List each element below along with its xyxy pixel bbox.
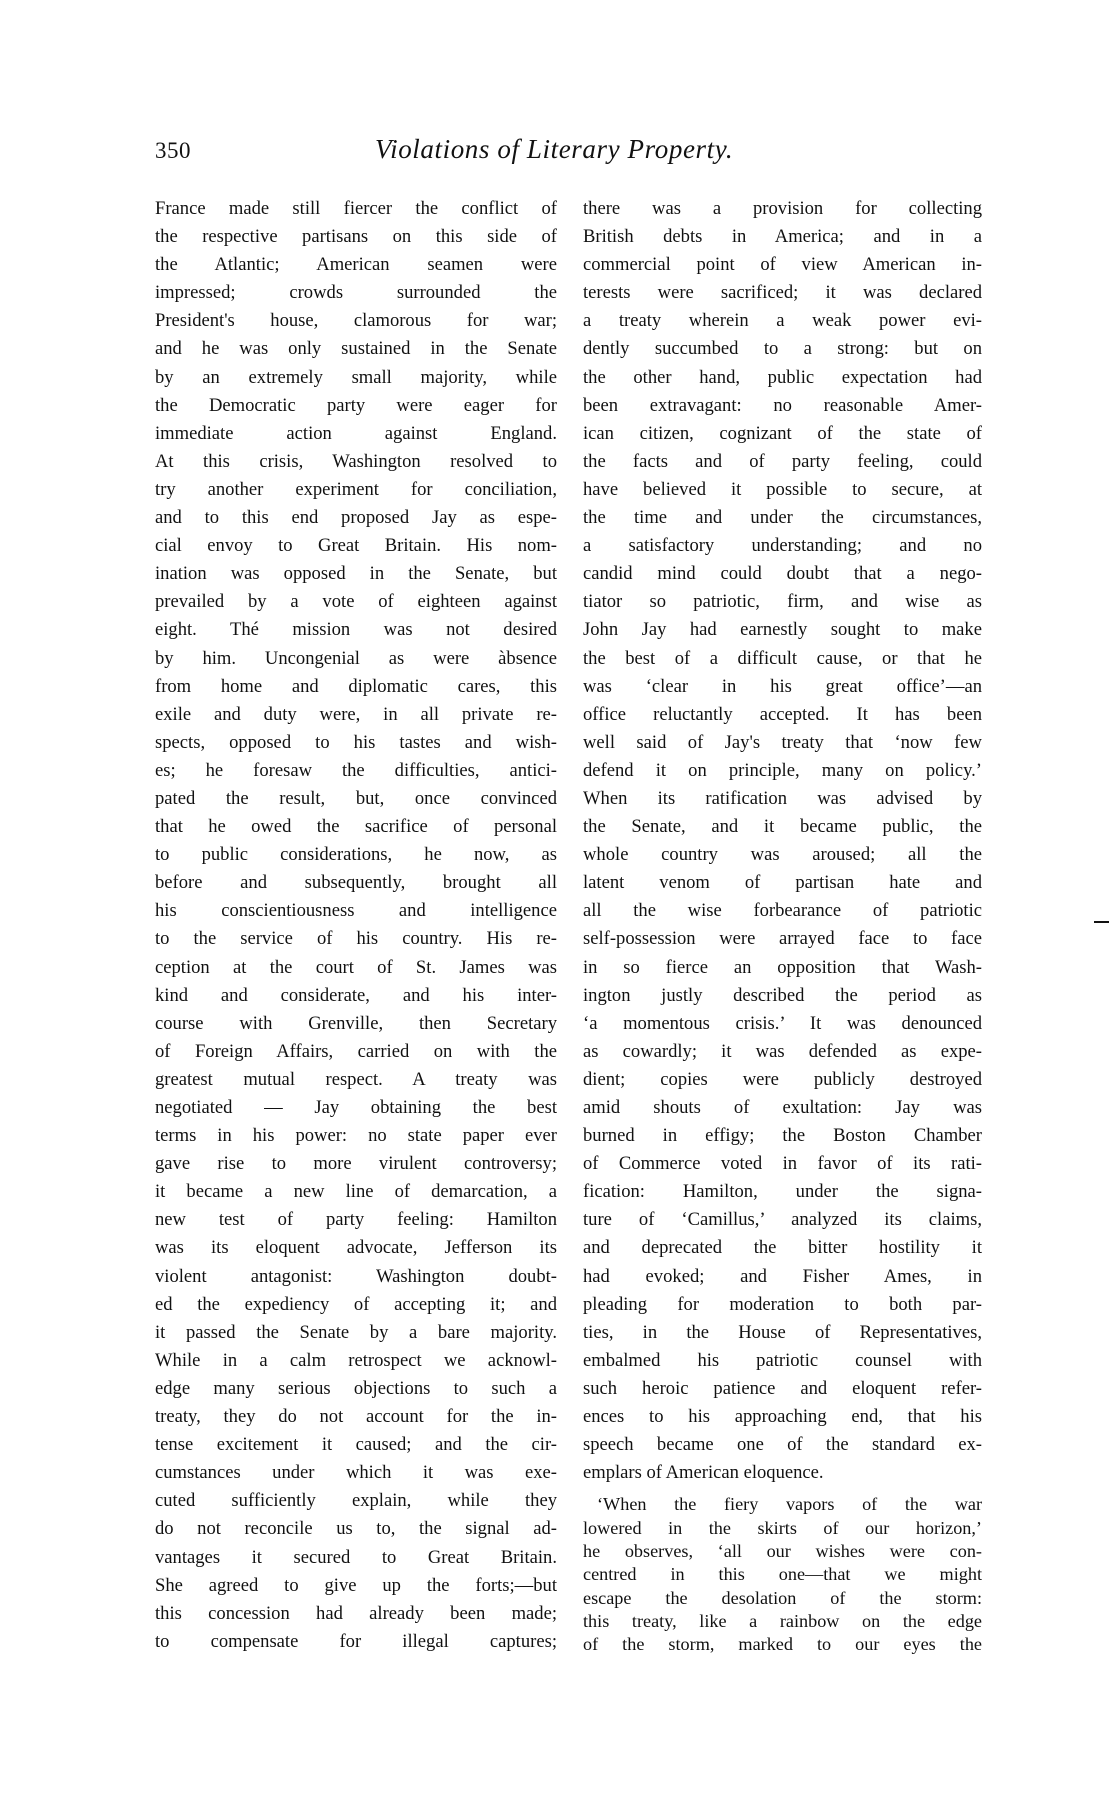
text-line: this treaty, like a rainbow on the edge	[583, 1610, 982, 1633]
text-line: greatest mutual respect. A treaty was	[155, 1066, 557, 1094]
text-line: burned in effigy; the Boston Chamber	[583, 1122, 982, 1150]
text-line: had evoked; and Fisher Ames, in	[583, 1263, 982, 1291]
margin-mark	[1094, 921, 1109, 923]
page-number: 350	[155, 138, 191, 164]
text-line: ican citizen, cognizant of the state of	[583, 420, 982, 448]
text-line: to compensate for illegal captures;	[155, 1628, 557, 1656]
text-line: John Jay had earnestly sought to make	[583, 616, 982, 644]
text-line: was its eloquent advocate, Jefferson its	[155, 1234, 557, 1262]
text-line: he observes, ‘all our wishes were con-	[583, 1540, 982, 1563]
text-line: the other hand, public expectation had	[583, 364, 982, 392]
text-line: ington justly described the period as	[583, 982, 982, 1010]
text-line: terests were sacrificed; it was declared	[583, 279, 982, 307]
text-line: by him. Uncongenial as were àbsence	[155, 645, 557, 673]
text-line: of Foreign Affairs, carried on with the	[155, 1038, 557, 1066]
text-line: kind and considerate, and his inter-	[155, 982, 557, 1010]
text-line: lowered in the skirts of our horizon,’	[583, 1517, 982, 1540]
text-line: negotiated — Jay obtaining the best	[155, 1094, 557, 1122]
text-line: prevailed by a vote of eighteen against	[155, 588, 557, 616]
text-line: pleading for moderation to both par-	[583, 1291, 982, 1319]
text-line: violent antagonist: Washington doubt-	[155, 1263, 557, 1291]
text-line: spects, opposed to his tastes and wish-	[155, 729, 557, 757]
text-line: the facts and of party feeling, could	[583, 448, 982, 476]
text-line: a treaty wherein a weak power evi-	[583, 307, 982, 335]
right-column: there was a provision for collectingBrit…	[583, 195, 982, 1656]
text-line: ‘When the fiery vapors of the war	[583, 1493, 982, 1516]
text-line: At this crisis, Washington resolved to	[155, 448, 557, 476]
text-line: ties, in the House of Representatives,	[583, 1319, 982, 1347]
text-line: gave rise to more virulent controversy;	[155, 1150, 557, 1178]
text-line: candid mind could doubt that a nego-	[583, 560, 982, 588]
text-line: centred in this one—that we might	[583, 1563, 982, 1586]
quote-paragraph: ‘When the fiery vapors of the warlowered…	[583, 1493, 982, 1656]
text-line: dient; copies were publicly destroyed	[583, 1066, 982, 1094]
text-line: from home and diplomatic cares, this	[155, 673, 557, 701]
text-line: and to this end proposed Jay as espe-	[155, 504, 557, 532]
text-line: ‘a momentous crisis.’ It was denounced	[583, 1010, 982, 1038]
text-line: his conscientiousness and intelligence	[155, 897, 557, 925]
text-line: British debts in America; and in a	[583, 223, 982, 251]
text-line: cuted sufficiently explain, while they	[155, 1487, 557, 1515]
text-line: it became a new line of demarcation, a	[155, 1178, 557, 1206]
text-line: course with Grenville, then Secretary	[155, 1010, 557, 1038]
text-line: edge many serious objections to such a	[155, 1375, 557, 1403]
text-line: pated the result, but, once convinced	[155, 785, 557, 813]
text-line: self-possession were arrayed face to fac…	[583, 925, 982, 953]
text-line: ed the expediency of accepting it; and	[155, 1291, 557, 1319]
text-line: President's house, clamorous for war;	[155, 307, 557, 335]
text-line: such heroic patience and eloquent refer-	[583, 1375, 982, 1403]
left-column: France made still fiercer the conflict o…	[155, 195, 557, 1656]
text-line: of Commerce voted in favor of its rati-	[583, 1150, 982, 1178]
text-line: that he owed the sacrifice of personal	[155, 813, 557, 841]
text-line: the time and under the circumstances,	[583, 504, 982, 532]
text-line: ture of ‘Camillus,’ analyzed its claims,	[583, 1206, 982, 1234]
text-line: tense excitement it caused; and the cir-	[155, 1431, 557, 1459]
text-line: fication: Hamilton, under the signa-	[583, 1178, 982, 1206]
text-line: well said of Jay's treaty that ‘now few	[583, 729, 982, 757]
book-page: 350 Violations of Literary Property. Fra…	[0, 0, 1120, 1800]
text-line: ination was opposed in the Senate, but	[155, 560, 557, 588]
text-line: embalmed his patriotic counsel with	[583, 1347, 982, 1375]
text-line: was ‘clear in his great office’—an	[583, 673, 982, 701]
text-line: She agreed to give up the forts;—but	[155, 1572, 557, 1600]
text-line: While in a calm retrospect we acknowl-	[155, 1347, 557, 1375]
text-line: latent venom of partisan hate and	[583, 869, 982, 897]
text-line: been extravagant: no reasonable Amer-	[583, 392, 982, 420]
text-line: before and subsequently, brought all	[155, 869, 557, 897]
running-title: Violations of Literary Property.	[375, 134, 775, 165]
text-line: es; he foresaw the difficulties, antici-	[155, 757, 557, 785]
text-line: the respective partisans on this side of	[155, 223, 557, 251]
right-column-body: there was a provision for collectingBrit…	[583, 195, 982, 1487]
text-line: the best of a difficult cause, or that h…	[583, 645, 982, 673]
text-line: all the wise forbearance of patriotic	[583, 897, 982, 925]
text-line: escape the desolation of the storm:	[583, 1587, 982, 1610]
text-line: ences to his approaching end, that his	[583, 1403, 982, 1431]
text-line: there was a provision for collecting	[583, 195, 982, 223]
text-line: cial envoy to Great Britain. His nom-	[155, 532, 557, 560]
text-line: do not reconcile us to, the signal ad-	[155, 1515, 557, 1543]
text-line: impressed; crowds surrounded the	[155, 279, 557, 307]
text-line: of the storm, marked to our eyes the	[583, 1633, 982, 1656]
text-line: immediate action against England.	[155, 420, 557, 448]
text-line: the Senate, and it became public, the	[583, 813, 982, 841]
text-line: to the service of his country. His re-	[155, 925, 557, 953]
text-line: vantages it secured to Great Britain.	[155, 1544, 557, 1572]
text-line: the Atlantic; American seamen were	[155, 251, 557, 279]
text-line: France made still fiercer the conflict o…	[155, 195, 557, 223]
text-line: commercial point of view American in-	[583, 251, 982, 279]
text-line: amid shouts of exultation: Jay was	[583, 1094, 982, 1122]
text-line: exile and duty were, in all private re-	[155, 701, 557, 729]
text-line: ception at the court of St. James was	[155, 954, 557, 982]
text-line: and he was only sustained in the Senate	[155, 335, 557, 363]
text-line: tiator so patriotic, firm, and wise as	[583, 588, 982, 616]
text-line: whole country was aroused; all the	[583, 841, 982, 869]
text-line: a satisfactory understanding; and no	[583, 532, 982, 560]
text-line: it passed the Senate by a bare majority.	[155, 1319, 557, 1347]
text-line: by an extremely small majority, while	[155, 364, 557, 392]
text-line: have believed it possible to secure, at	[583, 476, 982, 504]
text-line: speech became one of the standard ex-	[583, 1431, 982, 1459]
text-line: new test of party feeling: Hamilton	[155, 1206, 557, 1234]
text-line: When its ratification was advised by	[583, 785, 982, 813]
text-line: terms in his power: no state paper ever	[155, 1122, 557, 1150]
text-line: and deprecated the bitter hostility it	[583, 1234, 982, 1262]
text-line: eight. Thé mission was not desired	[155, 616, 557, 644]
text-line: the Democratic party were eager for	[155, 392, 557, 420]
text-line: as cowardly; it was defended as expe-	[583, 1038, 982, 1066]
text-line: defend it on principle, many on policy.’	[583, 757, 982, 785]
text-line: treaty, they do not account for the in-	[155, 1403, 557, 1431]
text-line: office reluctantly accepted. It has been	[583, 701, 982, 729]
text-line: emplars of American eloquence.	[583, 1459, 982, 1487]
text-line: to public considerations, he now, as	[155, 841, 557, 869]
text-line: try another experiment for conciliation,	[155, 476, 557, 504]
text-line: in so fierce an opposition that Wash-	[583, 954, 982, 982]
text-line: cumstances under which it was exe-	[155, 1459, 557, 1487]
text-line: this concession had already been made;	[155, 1600, 557, 1628]
text-line: dently succumbed to a strong: but on	[583, 335, 982, 363]
